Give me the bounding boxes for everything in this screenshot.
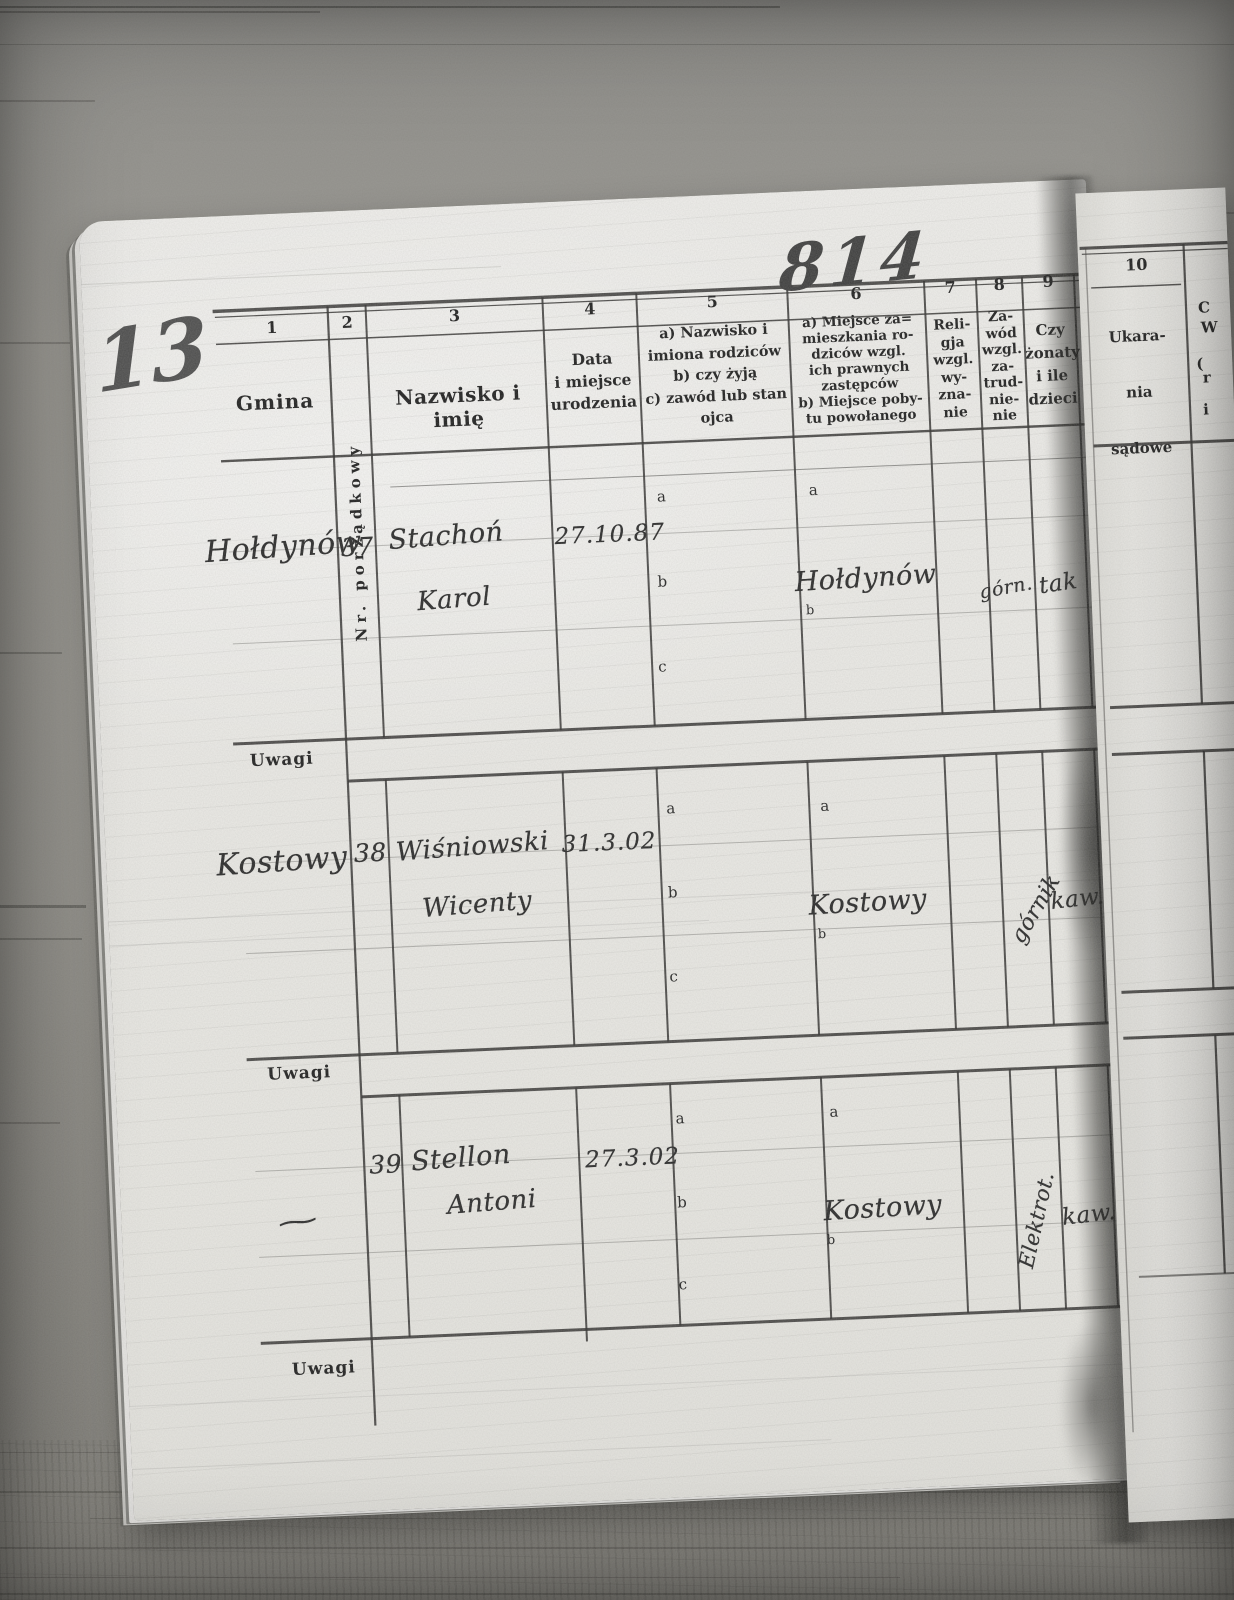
column-number-8: 8: [976, 274, 1023, 295]
sub-letter-b: b: [817, 927, 826, 942]
pencil-sheet-number: 13: [92, 298, 210, 413]
header-line: urodzenia: [546, 390, 641, 416]
column-number-7: 7: [924, 277, 977, 298]
header-line: nie-: [981, 390, 1028, 408]
entry-given-name: Wicenty: [421, 886, 533, 924]
sub-letter-c: c: [669, 967, 678, 985]
header-ukarania-line: sądowe: [1093, 437, 1190, 459]
sub-letter-a: a: [675, 1109, 685, 1127]
uwagi-label: Uwagi: [267, 1062, 332, 1085]
header-line: Reli-: [926, 316, 979, 336]
entry-given-name: Karol: [416, 582, 492, 618]
entry-number: 37: [340, 532, 374, 562]
header-miejsce: a) Miejsce za= mieszkania ro- dziców wzg…: [788, 310, 930, 428]
scanned-ledger-background: 13 814 1 2 3 4 5 6 7 8 9 Gmina Nr. porzą…: [0, 0, 1234, 1600]
paper-streak: [81, 266, 501, 285]
entry-surname: Stachoń: [387, 516, 504, 556]
header-line: gja: [926, 333, 979, 353]
entry-number: 38: [353, 838, 387, 868]
header-line: nie: [981, 407, 1028, 425]
header-line: Za-: [977, 308, 1024, 326]
edge-fragment-letter: W: [1200, 318, 1218, 337]
entry-gmina: Hołdynów: [204, 524, 363, 570]
sub-letter-c: c: [678, 1275, 687, 1293]
scratch-line: [0, 342, 70, 344]
uwagi-label: Uwagi: [292, 1357, 357, 1380]
entry-occupation: Elektrot.: [1014, 1170, 1059, 1271]
header-line: zna-: [929, 386, 982, 406]
paper-streak: [129, 1363, 1136, 1407]
header-line: wód: [978, 324, 1025, 342]
entry-residence: Hołdynów: [794, 559, 937, 598]
entry-occupation: górn.: [978, 572, 1035, 603]
header-nazwisko-imie: Nazwisko i imię: [369, 379, 548, 435]
header-ukarania-line: nia: [1091, 381, 1188, 403]
entry-gmina-ditto-mark: ~: [272, 1204, 325, 1238]
edge-fragment-letter: C: [1198, 298, 1211, 316]
scratch-line: [0, 6, 780, 8]
entry-birth-date: 27.3.02: [585, 1143, 681, 1173]
entry-surname: Wiśniowski: [395, 826, 550, 868]
sub-letter-a: a: [820, 797, 830, 815]
header-line: nie: [929, 403, 982, 423]
header-line: wy-: [928, 368, 981, 388]
entry-given-name: Antoni: [446, 1184, 538, 1221]
edge-fragment-letter: i: [1203, 400, 1209, 418]
entry-number: 39: [369, 1149, 403, 1179]
entry-birth-date: 31.3.02: [561, 828, 657, 858]
entry-residence: Kostowy: [823, 1189, 943, 1227]
header-line: wzgl.: [979, 341, 1026, 359]
sub-letter-a: a: [808, 481, 818, 499]
sub-letter-b: b: [677, 1193, 687, 1211]
scratch-line: [0, 1122, 60, 1124]
paper-streak: [110, 920, 709, 947]
entry-birth-date: 27.10.87: [554, 519, 665, 550]
paper-streak: [132, 1439, 831, 1470]
entry-surname: Stellon: [410, 1139, 512, 1178]
header-rodzice: a) Nazwisko i imiona rodziców b) czy żyj…: [638, 318, 793, 432]
scratch-line: [0, 652, 62, 654]
paper-streak: [109, 878, 1116, 922]
edge-fragment-letter: r: [1202, 368, 1211, 386]
header-line: trud-: [980, 374, 1027, 392]
scratch-line: [0, 100, 95, 102]
ledger-page-left: 13 814 1 2 3 4 5 6 7 8 9 Gmina Nr. porzą…: [79, 179, 1142, 1521]
header-ukarania-line: Ukara-: [1089, 325, 1186, 347]
entry-gmina: Kostowy: [215, 840, 348, 884]
sub-letter-a: a: [657, 487, 667, 505]
column-number-1: 1: [215, 316, 329, 340]
column-number-3: 3: [366, 302, 544, 329]
header-data-urodzenia: Data i miejsce urodzenia: [545, 346, 642, 416]
scratch-line: [0, 905, 86, 908]
column-number-4: 4: [542, 297, 637, 320]
scratch-line: [0, 11, 320, 13]
column-number-2: 2: [328, 312, 367, 333]
column-number-10: 10: [1088, 253, 1185, 276]
uwagi-label: Uwagi: [249, 749, 314, 772]
sub-letter-b: b: [806, 603, 815, 618]
scratch-line: [0, 44, 1234, 45]
gutter-smudge: [1060, 1320, 1124, 1490]
header-zawod: Za- wód wzgl. za- trud- nie- nie: [977, 308, 1028, 425]
sub-letter-b: b: [827, 1233, 836, 1248]
entry-residence: Kostowy: [808, 883, 928, 921]
header-gmina: Gmina: [218, 388, 332, 417]
header-religja: Reli- gja wzgl. wy- zna- nie: [926, 316, 982, 423]
column-number-5: 5: [636, 289, 788, 314]
header-line: za-: [979, 357, 1026, 375]
sub-letter-c: c: [658, 657, 667, 675]
scratch-line: [0, 938, 82, 940]
sub-letter-b: b: [657, 572, 667, 590]
sub-letter-a: a: [829, 1102, 839, 1120]
header-line: wzgl.: [927, 351, 980, 371]
sub-letter-b: b: [667, 883, 677, 901]
sub-letter-a: a: [666, 799, 676, 817]
